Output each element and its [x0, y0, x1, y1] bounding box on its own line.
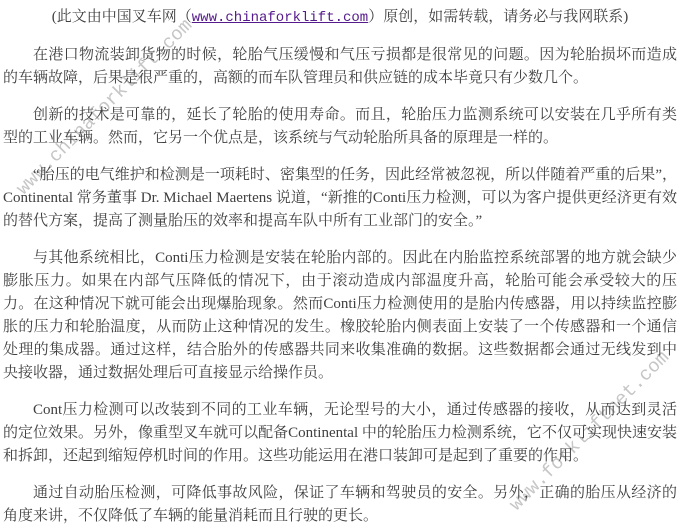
paragraph-intro: 在港口物流装卸货物的时候，轮胎气压缓慢和气压亏损都是很常见的问题。因为轮胎损坏而…	[3, 44, 677, 90]
paragraph-retrofit: Cont压力检测可以改装到不同的工业车辆，无论型号的大小，通过传感器的接收，从而…	[3, 399, 677, 468]
article-body: (此文由中国叉车网（www.chinaforklift.com）原创，如需转载，…	[0, 0, 680, 527]
paragraph-quote: “胎压的电气维护和检测是一项耗时、密集型的任务，因此经常被忽视，所以伴随着严重的…	[3, 164, 677, 233]
paragraph-system-comparison: 与其他系统相比，Conti压力检测是安装在轮胎内部的。因此在内胎监控系统部署的地…	[3, 247, 677, 385]
paragraph-conclusion: 通过自动胎压检测，可降低事故风险，保证了车辆和驾驶员的安全。另外，正确的胎压从经…	[3, 482, 677, 527]
attribution-suffix: ）原创，如需转载，请务必与我网联系)	[368, 9, 628, 25]
chinaforklift-link[interactable]: www.chinaforklift.com	[192, 10, 368, 26]
paragraph-innovation: 创新的技术是可靠的，延长了轮胎的使用寿命。而且，轮胎压力监测系统可以安装在几乎所…	[3, 104, 677, 150]
attribution-line: (此文由中国叉车网（www.chinaforklift.com）原创，如需转载，…	[3, 6, 677, 30]
attribution-prefix: (此文由中国叉车网（	[52, 9, 192, 25]
